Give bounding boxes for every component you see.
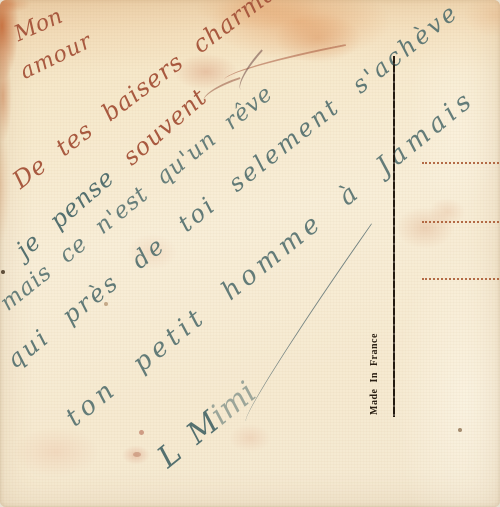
- signature: L Mimi: [150, 373, 265, 476]
- divider-line: [393, 56, 395, 417]
- address-line-3: [422, 278, 500, 280]
- ink-flourish-stroke: [222, 44, 348, 80]
- made-in-france-label: Made In France: [369, 322, 383, 426]
- address-line-1: [422, 162, 500, 164]
- ink-speck: [458, 428, 462, 432]
- postcard-back: Mon amour De tes baisers charmant je pen…: [0, 0, 500, 507]
- stain-speck: [133, 452, 141, 457]
- ink-speck: [1, 270, 5, 274]
- stain-speck: [139, 430, 144, 435]
- address-line-2: [422, 221, 500, 223]
